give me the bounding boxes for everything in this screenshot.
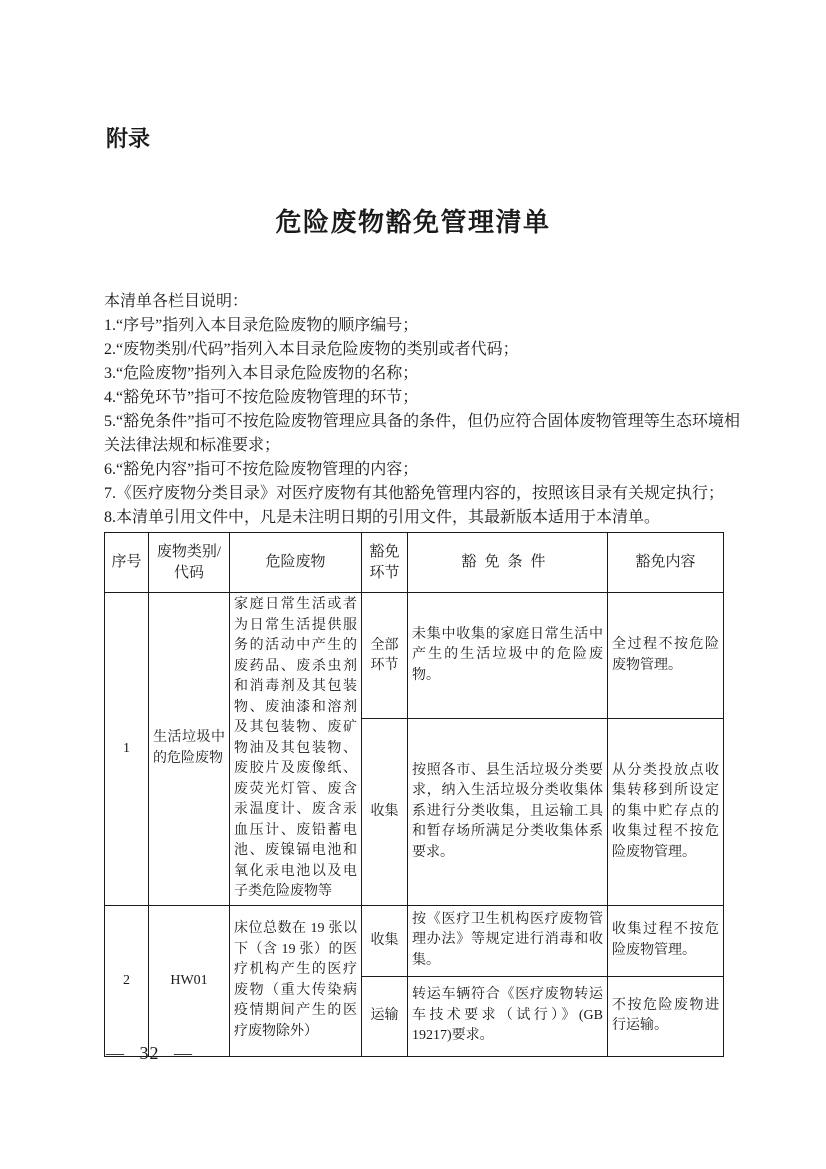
page-number: — 32 — [106,1041,193,1065]
cell-condition: 按《医疗卫生机构医疗废物管理办法》等规定进行消毒和收集。 [408,905,608,976]
cell-condition: 按照各市、县生活垃圾分类要求，纳入生活垃圾分类收集体系进行分类收集，且运输工具和… [408,719,608,905]
cell-stage: 收集 [362,905,408,976]
header-content: 豁免内容 [608,533,724,593]
cell-category: HW01 [149,905,230,1056]
note-item-7: 7.《医疗废物分类目录》对医疗废物有其他豁免管理内容的，按照该目录有关规定执行； [104,482,740,506]
cell-content: 从分类投放点收集转移到所设定的集中贮存点的收集过程不按危险废物管理。 [608,719,724,905]
header-condition: 豁免条件 [408,533,608,593]
cell-waste: 床位总数在 19 张以下（含 19 张）的医疗机构产生的医疗废物（重大传染病疫情… [230,905,362,1056]
note-item-1: 1.“序号”指列入本目录危险废物的顺序编号； [104,314,740,338]
header-category: 废物类别/代码 [149,533,230,593]
cell-seq: 2 [105,905,149,1056]
note-item-5: 5.“豁免条件”指可不按危险废物管理应具备的条件，但仍应符合固体废物管理等生态环… [104,410,740,458]
cell-category: 生活垃圾中的危险废物 [149,593,230,906]
exemption-table: 序号 废物类别/代码 危险废物 豁免环节 豁免条件 豁免内容 1 生活垃圾中的危… [104,532,724,1057]
cell-seq: 1 [105,593,149,906]
note-item-4: 4.“豁免环节”指可不按危险废物管理的环节； [104,386,740,410]
notes-section: 本清单各栏目说明： 1.“序号”指列入本目录危险废物的顺序编号； 2.“废物类别… [104,290,740,530]
table-header-row: 序号 废物类别/代码 危险废物 豁免环节 豁免条件 豁免内容 [105,533,724,593]
cell-content: 全过程不按危险废物管理。 [608,593,724,719]
cell-condition: 转运车辆符合《医疗废物转运车技术要求（试行）》(GB 19217)要求。 [408,976,608,1056]
document-page: 附录 危险废物豁免管理清单 本清单各栏目说明： 1.“序号”指列入本目录危险废物… [0,0,826,1169]
page-title: 危险废物豁免管理清单 [0,204,826,240]
cell-waste: 家庭日常生活或者为日常生活提供服务的活动中产生的废药品、废杀虫剂和消毒剂及其包装… [230,593,362,906]
cell-stage: 全部环节 [362,593,408,719]
cell-content: 不按危险废物进行运输。 [608,976,724,1056]
cell-stage: 收集 [362,719,408,905]
note-item-2: 2.“废物类别/代码”指列入本目录危险废物的类别或者代码； [104,338,740,362]
table-row: 2 HW01 床位总数在 19 张以下（含 19 张）的医疗机构产生的医疗废物（… [105,905,724,976]
cell-stage: 运输 [362,976,408,1056]
note-item-6: 6.“豁免内容”指可不按危险废物管理的内容； [104,458,740,482]
cell-content: 收集过程不按危险废物管理。 [608,905,724,976]
cell-condition: 未集中收集的家庭日常生活中产生的生活垃圾中的危险废物。 [408,593,608,719]
header-stage: 豁免环节 [362,533,408,593]
appendix-label: 附录 [106,124,150,154]
header-seq: 序号 [105,533,149,593]
note-item-3: 3.“危险废物”指列入本目录危险废物的名称； [104,362,740,386]
table-row: 1 生活垃圾中的危险废物 家庭日常生活或者为日常生活提供服务的活动中产生的废药品… [105,593,724,719]
note-item-8: 8.本清单引用文件中，凡是未注明日期的引用文件，其最新版本适用于本清单。 [104,506,740,530]
header-waste: 危险废物 [230,533,362,593]
notes-heading: 本清单各栏目说明： [104,290,740,314]
